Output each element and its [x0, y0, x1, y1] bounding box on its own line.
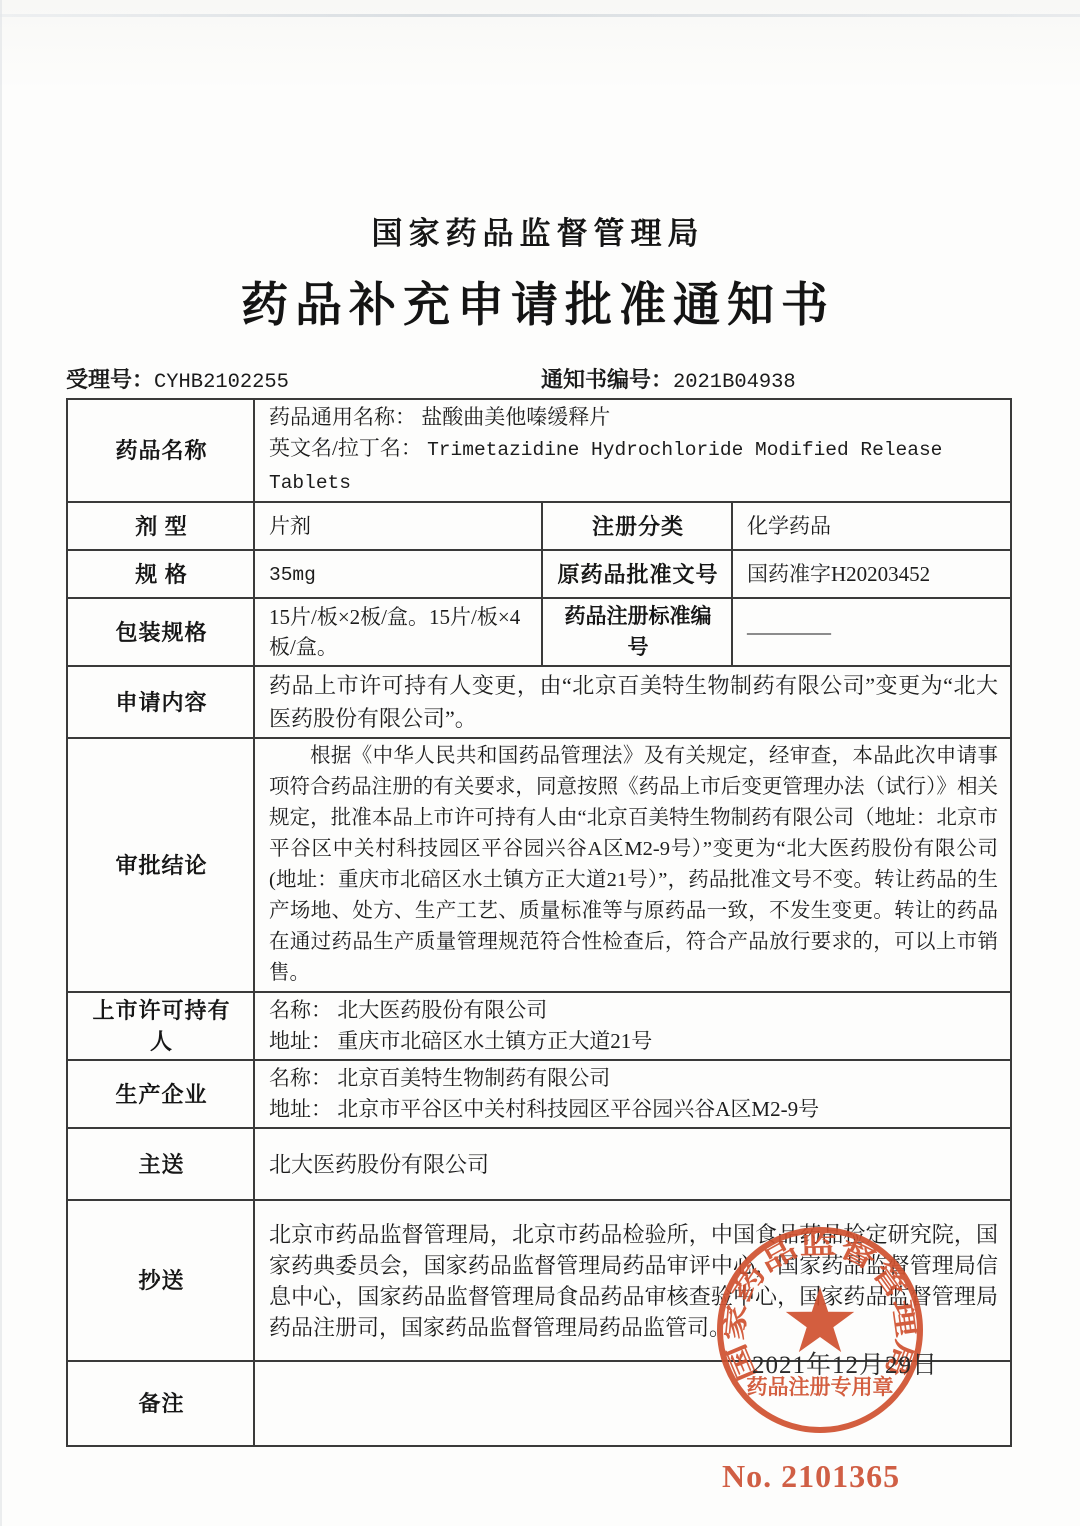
scan-artifact-top-edge	[0, 14, 1080, 17]
row-label-remarks: 备注	[67, 1361, 254, 1446]
drug-generic-value: 盐酸曲美他嗪缓释片	[421, 405, 610, 429]
star-icon	[786, 1287, 854, 1352]
manufacturer-addr-line: 地址： 北京市平谷区中关村科技园区平谷园兴谷A区M2-9号	[269, 1094, 998, 1125]
package-value: 15片/板×2板/盒。15片/板×4板/盒。	[254, 598, 542, 666]
dosage-form-value: 片剂	[254, 502, 542, 550]
spec-value-text: 35mg	[269, 564, 316, 586]
conclusion-content: 根据《中华人民共和国药品管理法》及有关规定，经审查，本品此次申请事项符合药品注册…	[254, 738, 1011, 992]
table-row-dosage-form: 剂 型 片剂 注册分类 化学药品	[67, 502, 1011, 550]
row-label-orig-approval-no: 原药品批准文号	[542, 550, 732, 598]
holder-cell: 名称： 北大医药股份有限公司 地址： 重庆市北碚区水土镇方正大道21号	[254, 992, 1011, 1060]
reg-standard-no-value: ————	[732, 598, 1011, 666]
drug-generic-label: 药品通用名称：	[269, 405, 416, 429]
table-row-main-recipient: 主送 北大医药股份有限公司	[67, 1128, 1011, 1200]
row-label-package: 包装规格	[67, 598, 254, 666]
table-row-manufacturer: 生产企业 名称： 北京百美特生物制药有限公司 地址： 北京市平谷区中关村科技园区…	[67, 1060, 1011, 1128]
row-label-cc: 抄送	[67, 1200, 254, 1361]
reference-line: 受理号：CYHB2102255 通知书编号：2021B04938	[66, 363, 1010, 391]
row-label-dosage-form: 剂 型	[67, 502, 254, 550]
manufacturer-name-line: 名称： 北京百美特生物制药有限公司	[269, 1063, 998, 1094]
notice-number-value: 2021B04938	[673, 371, 796, 394]
row-label-drug-name: 药品名称	[67, 399, 254, 502]
manufacturer-addr-value: 北京市平谷区中关村科技园区平谷园兴谷A区M2-9号	[337, 1097, 819, 1121]
holder-addr-value: 重庆市北碚区水土镇方正大道21号	[337, 1029, 652, 1053]
row-label-reg-standard-no: 药品注册标准编号	[542, 598, 732, 666]
document-title: 药品补充申请批准通知书	[0, 268, 1076, 335]
serial-number: No. 2101365	[722, 1458, 900, 1495]
manufacturer-name-value: 北京百美特生物制药有限公司	[337, 1066, 610, 1090]
orig-approval-no-value: 国药准字H20203452	[732, 550, 1011, 598]
table-row-holder: 上市许可持有人 名称： 北大医药股份有限公司 地址： 重庆市北碚区水土镇方正大道…	[67, 992, 1011, 1060]
manufacturer-cell: 名称： 北京百美特生物制药有限公司 地址： 北京市平谷区中关村科技园区平谷园兴谷…	[254, 1060, 1011, 1128]
reg-class-value: 化学药品	[732, 502, 1011, 550]
drug-english-line: 英文名/拉丁名： Trimetazidine Hydrochloride Mod…	[269, 433, 998, 499]
row-label-main-recipient: 主送	[67, 1128, 254, 1200]
row-label-conclusion: 审批结论	[67, 738, 254, 992]
holder-addr-line: 地址： 重庆市北碚区水土镇方正大道21号	[269, 1026, 998, 1057]
holder-addr-label: 地址：	[269, 1029, 332, 1053]
notice-number-label: 通知书编号：	[541, 367, 673, 392]
holder-name-value: 北大医药股份有限公司	[337, 998, 547, 1022]
acceptance-number-value: CYHB2102255	[154, 371, 289, 394]
row-label-manufacturer: 生产企业	[67, 1060, 254, 1128]
table-row-conclusion: 审批结论 根据《中华人民共和国药品管理法》及有关规定，经审查，本品此次申请事项符…	[67, 738, 1011, 992]
row-label-holder: 上市许可持有人	[67, 992, 254, 1060]
table-row-drug-name: 药品名称 药品通用名称： 盐酸曲美他嗪缓释片 英文名/拉丁名： Trimetaz…	[67, 399, 1011, 502]
table-row-application: 申请内容 药品上市许可持有人变更，由“北京百美特生物制药有限公司”变更为“北大医…	[67, 666, 1011, 738]
approval-notice-page: 国家药品监督管理局 药品补充申请批准通知书 受理号：CYHB2102255 通知…	[0, 0, 1080, 1526]
acceptance-number-label: 受理号：	[66, 367, 154, 392]
agency-name: 国家药品监督管理局	[0, 208, 1076, 253]
holder-name-label: 名称：	[269, 998, 332, 1022]
manufacturer-addr-label: 地址：	[269, 1097, 332, 1121]
application-content: 药品上市许可持有人变更，由“北京百美特生物制药有限公司”变更为“北大医药股份有限…	[254, 666, 1011, 738]
official-seal: 国家药品监督管理局 药品注册专用章	[708, 1218, 932, 1442]
manufacturer-name-label: 名称：	[269, 1066, 332, 1090]
drug-generic-line: 药品通用名称： 盐酸曲美他嗪缓释片	[269, 402, 998, 433]
row-label-application: 申请内容	[67, 666, 254, 738]
notice-number: 通知书编号：2021B04938	[541, 363, 796, 394]
approval-date: 2021年12月29日	[752, 1345, 938, 1381]
table-row-package: 包装规格 15片/板×2板/盒。15片/板×4板/盒。 药品注册标准编号 ———…	[67, 598, 1011, 666]
acceptance-number: 受理号：CYHB2102255	[66, 363, 289, 394]
drug-name-cell: 药品通用名称： 盐酸曲美他嗪缓释片 英文名/拉丁名： Trimetazidine…	[254, 399, 1011, 502]
table-row-spec: 规 格 35mg 原药品批准文号 国药准字H20203452	[67, 550, 1011, 598]
holder-name-line: 名称： 北大医药股份有限公司	[269, 995, 998, 1026]
drug-english-label: 英文名/拉丁名：	[269, 436, 422, 460]
row-label-reg-class: 注册分类	[542, 502, 732, 550]
main-recipient-value: 北大医药股份有限公司	[254, 1128, 1011, 1200]
row-label-spec: 规 格	[67, 550, 254, 598]
spec-value: 35mg	[254, 550, 542, 598]
